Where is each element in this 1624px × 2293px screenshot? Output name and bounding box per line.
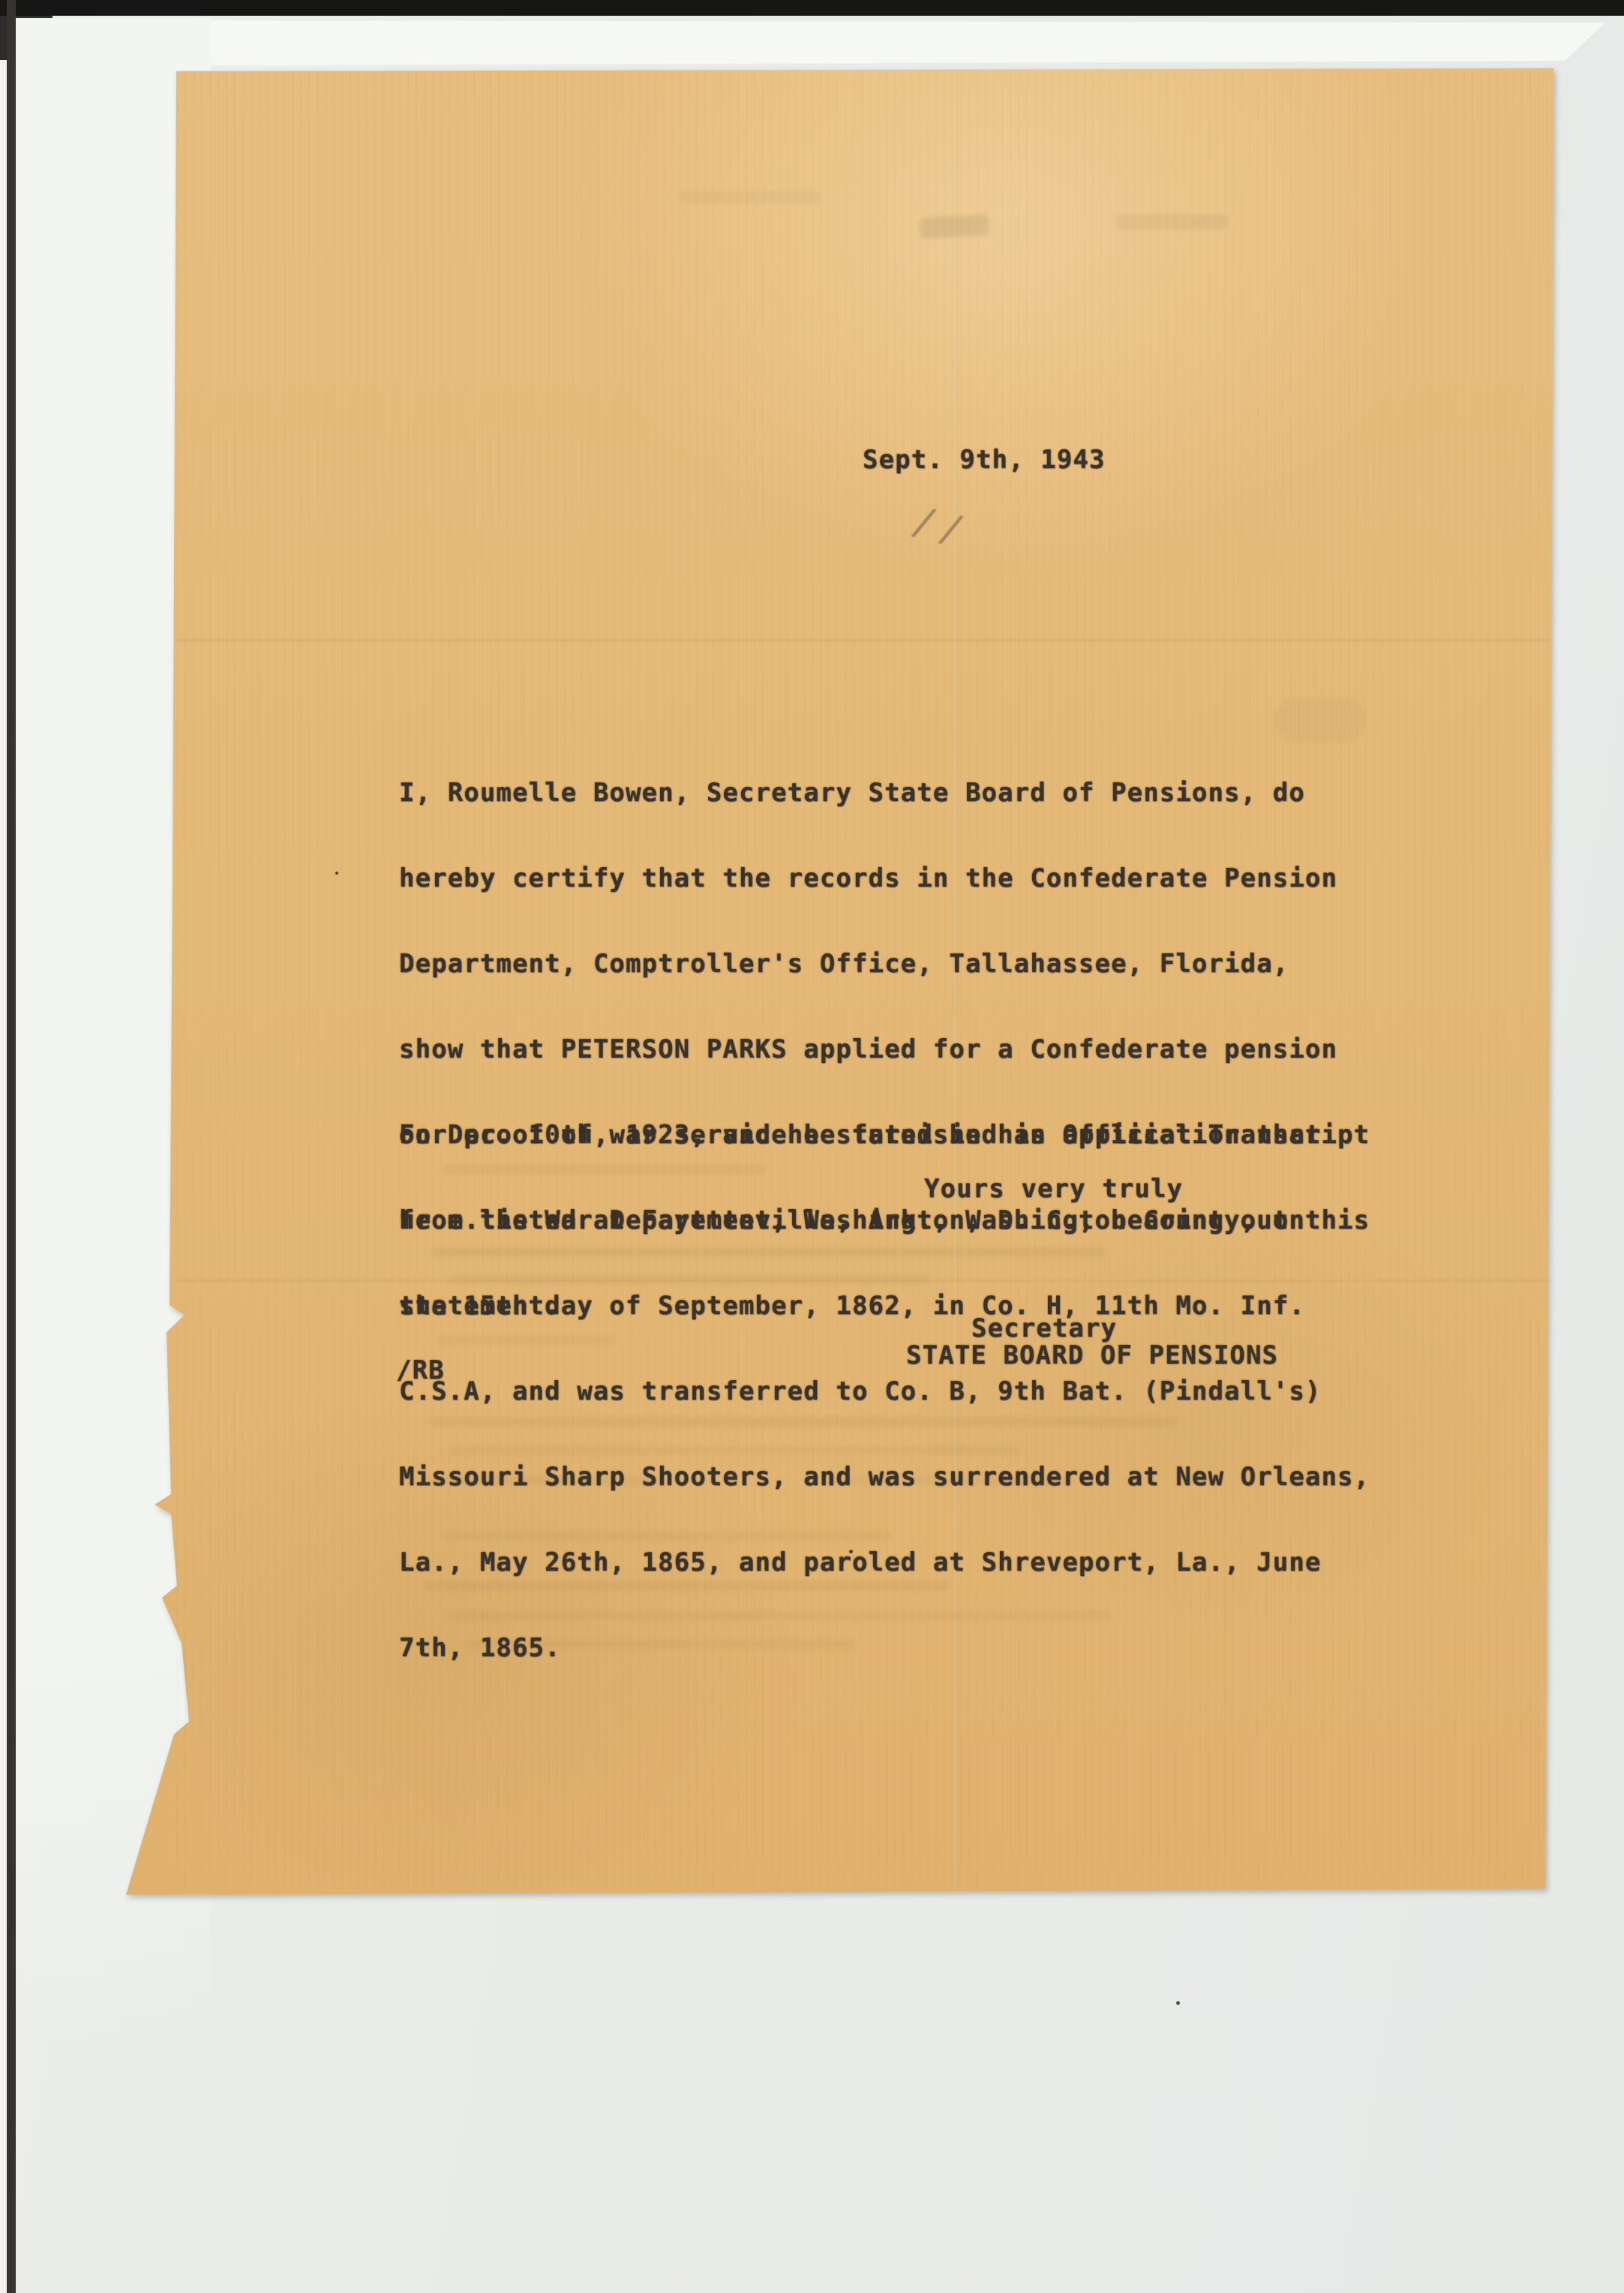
typed-line: La., May 26th, 1865, and paroled at Shre…	[399, 1548, 1370, 1577]
typed-line: For proof of war service he furnished an…	[399, 1121, 1370, 1149]
typed-line: from the War Department, Washington, D. …	[399, 1206, 1370, 1235]
typed-line: hereby certify that the records in the C…	[399, 864, 1370, 893]
fold-crease-horizontal-upper	[177, 639, 1550, 641]
signature-organization: STATE BOARD OF PENSIONS	[906, 1341, 1278, 1370]
typed-line: Missouri Sharp Shooters, and was surrend…	[399, 1463, 1370, 1491]
typed-line: C.S.A, and was transferred to Co. B, 9th…	[399, 1377, 1370, 1406]
typist-initials: /RB	[396, 1356, 445, 1385]
typed-line: Department, Comptroller's Office, Tallah…	[399, 950, 1370, 978]
signature-title: Secretary	[971, 1314, 1117, 1343]
date-line: Sept. 9th, 1943	[863, 446, 1106, 474]
typed-line: show that PETERSON PARKS applied for a C…	[399, 1035, 1370, 1064]
typed-line: 7th, 1865.	[399, 1634, 1370, 1662]
body-paragraph-proof: For proof of war service he furnished an…	[399, 1064, 1370, 1349]
ink-speck	[1176, 2001, 1180, 2005]
closing-line: Yours very truly	[924, 1175, 1183, 1203]
bleedthrough-stamp-smudge	[920, 215, 989, 239]
bleedthrough-mark	[679, 191, 821, 203]
ink-speck	[335, 872, 338, 875]
typed-line: statement.	[399, 1292, 1370, 1320]
bleedthrough-mark	[1116, 215, 1229, 230]
typed-line: I, Roumelle Bowen, Secretary State Board…	[399, 779, 1370, 807]
